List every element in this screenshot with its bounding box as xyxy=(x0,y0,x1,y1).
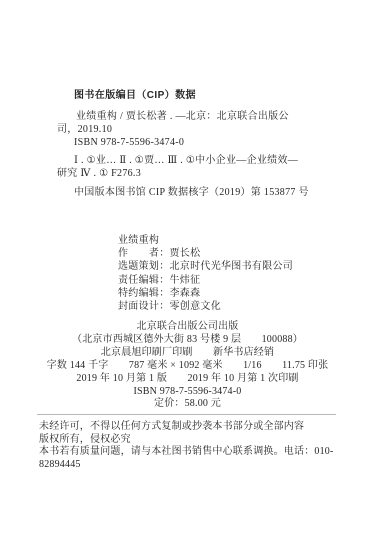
credit-row-author: 作 者：贾长松 xyxy=(118,247,293,260)
cip-data-section: 图书在版编目（CIP）数据 业绩重构 / 贾长松著 . —北京：北京联合出版公 … xyxy=(57,89,347,199)
credit-label: 选题策划： xyxy=(118,261,170,272)
credit-value: 李森森 xyxy=(170,288,201,299)
credit-label: 特约编辑： xyxy=(118,288,170,299)
credit-value: 零创意文化 xyxy=(170,301,222,312)
copyright-page: 图书在版编目（CIP）数据 业绩重构 / 贾长松著 . —北京：北京联合出版公 … xyxy=(0,0,375,539)
quality-contact-notice: 本书若有质量问题，请与本社图书销售中心联系调换。电话：010-82894445 xyxy=(39,446,369,471)
credit-value: 北京时代光华图书有限公司 xyxy=(170,261,294,272)
credit-row-planning: 选题策划：北京时代光华图书有限公司 xyxy=(118,260,293,273)
book-credits-section: 业绩重构 作 者：贾长松 选题策划：北京时代光华图书有限公司 责任编辑：牛炜征 … xyxy=(118,234,293,313)
cip-line-classification-1: Ⅰ . ①业… Ⅱ . ①贾… Ⅲ . ①中小企业—企业绩效— xyxy=(74,154,347,167)
credit-label: 责任编辑： xyxy=(118,275,170,286)
legal-notices-section: 未经许可，不得以任何方式复制或抄袭本书部分或全部内容 版权所有，侵权必究 本书若… xyxy=(39,421,369,472)
credit-row-contributing-editor: 特约编辑：李森森 xyxy=(118,287,293,300)
credit-value: 贾长松 xyxy=(170,248,201,259)
credit-row-responsible-editor: 责任编辑：牛炜征 xyxy=(118,274,293,287)
notice-divider xyxy=(37,414,336,415)
isbn-line: ISBN 978-7-5596-3474-0 xyxy=(0,386,375,399)
printer-distributor-line: 北京晨旭印刷厂印刷 新华书店经销 xyxy=(0,347,375,360)
copy-prohibition-notice: 未经许可，不得以任何方式复制或抄袭本书部分或全部内容 xyxy=(39,421,369,434)
cip-line-isbn: ISBN 978-7-5596-3474-0 xyxy=(74,136,347,149)
credit-value: 牛炜征 xyxy=(170,275,201,286)
publisher-address-line: （北京市西城区德外大街 83 号楼 9 层 100088） xyxy=(0,334,375,347)
credit-label: 作 者： xyxy=(118,248,170,259)
edition-line: 2019 年 10 月第 1 版 2019 年 10 月第 1 次印刷 xyxy=(0,373,375,386)
format-line: 字数 144 千字 787 毫米 × 1092 毫米 1/16 11.75 印张 xyxy=(0,360,375,373)
publishing-info-section: 北京联合出版公司出版 （北京市西城区德外大街 83 号楼 9 层 100088）… xyxy=(0,321,375,411)
publisher-line: 北京联合出版公司出版 xyxy=(0,321,375,334)
cip-line-year: 司，2019.10 xyxy=(57,123,347,136)
cip-line-classification-2: 研究 Ⅳ . ① F276.3 xyxy=(57,167,347,180)
copyright-reserved-notice: 版权所有，侵权必究 xyxy=(39,434,369,447)
cip-line-title-author: 业绩重构 / 贾长松著 . —北京：北京联合出版公 xyxy=(76,110,347,123)
cip-heading: 图书在版编目（CIP）数据 xyxy=(74,89,347,102)
credit-row-cover-design: 封面设计：零创意文化 xyxy=(118,300,293,313)
credit-label: 封面设计： xyxy=(118,301,170,312)
price-line: 定价：58.00 元 xyxy=(0,398,375,411)
book-title: 业绩重构 xyxy=(118,234,293,247)
cip-line-registration-number: 中国版本图书馆 CIP 数据核字（2019）第 153877 号 xyxy=(74,186,347,199)
